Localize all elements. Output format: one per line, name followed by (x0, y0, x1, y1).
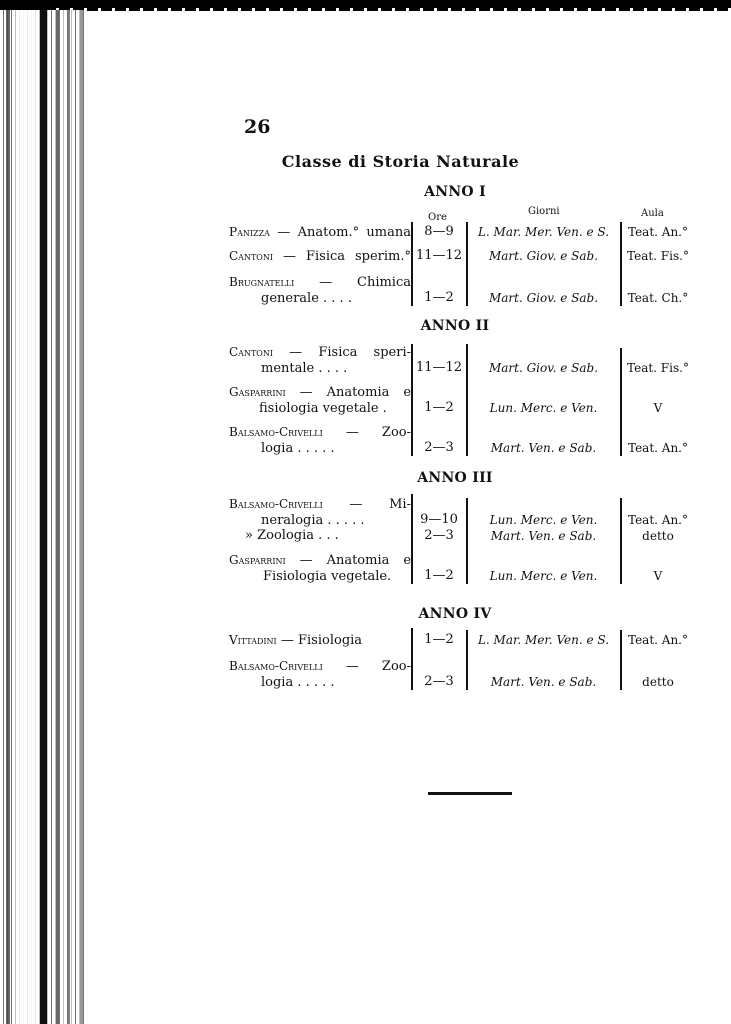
days: Lun. Merc. e Ven. (467, 400, 620, 416)
year-heading: ANNO I (400, 184, 510, 200)
room: Teat. An.° (622, 632, 694, 648)
days: Mart. Giov. e Sab. (467, 360, 620, 376)
room: Teat. Fis.° (622, 248, 694, 264)
days: Lun. Merc. e Ven. (467, 512, 620, 528)
scan-top-edge (0, 0, 731, 10)
days: Mart. Ven. e Sab. (467, 528, 620, 544)
page-title: Classe di Storia Naturale (0, 152, 731, 171)
days: Mart. Giov. e Sab. (467, 290, 620, 306)
year-heading: ANNO III (400, 470, 510, 486)
page-number: 26 (244, 116, 270, 138)
hours: 2—3 (413, 528, 465, 544)
hours: 1—2 (413, 632, 465, 648)
days: Mart. Giov. e Sab. (467, 248, 620, 264)
room: Teat. An.° (622, 440, 694, 456)
days: L. Mar. Mer. Ven. e S. (467, 632, 620, 648)
end-rule (428, 792, 512, 795)
hours: 1—2 (413, 290, 465, 306)
days: Lun. Merc. e Ven. (467, 568, 620, 584)
hours: 1—2 (413, 568, 465, 584)
hours: 2—3 (413, 674, 465, 690)
hours: 11—12 (413, 360, 465, 376)
room: Teat. An.° (622, 224, 694, 240)
room: detto (622, 674, 694, 690)
room: detto (622, 528, 694, 544)
year-heading: ANNO II (400, 318, 510, 334)
days: Mart. Ven. e Sab. (467, 674, 620, 690)
days: L. Mar. Mer. Ven. e S. (467, 224, 620, 240)
room: Teat. Fis.° (622, 360, 694, 376)
hours: 8—9 (413, 224, 465, 240)
room: Teat. An.° (622, 512, 694, 528)
hours: 2—3 (413, 440, 465, 456)
days: Mart. Ven. e Sab. (467, 440, 620, 456)
hours: 1—2 (413, 400, 465, 416)
column-header-aula: Aula (641, 208, 664, 219)
room: V (622, 400, 694, 416)
room: Teat. Ch.° (622, 290, 694, 306)
column-header-ore: Ore (428, 212, 447, 223)
year-heading: ANNO IV (400, 606, 510, 622)
column-header-giorni: Giorni (528, 206, 560, 217)
room: V (622, 568, 694, 584)
hours: 9—10 (413, 512, 465, 528)
hours: 11—12 (413, 248, 465, 264)
